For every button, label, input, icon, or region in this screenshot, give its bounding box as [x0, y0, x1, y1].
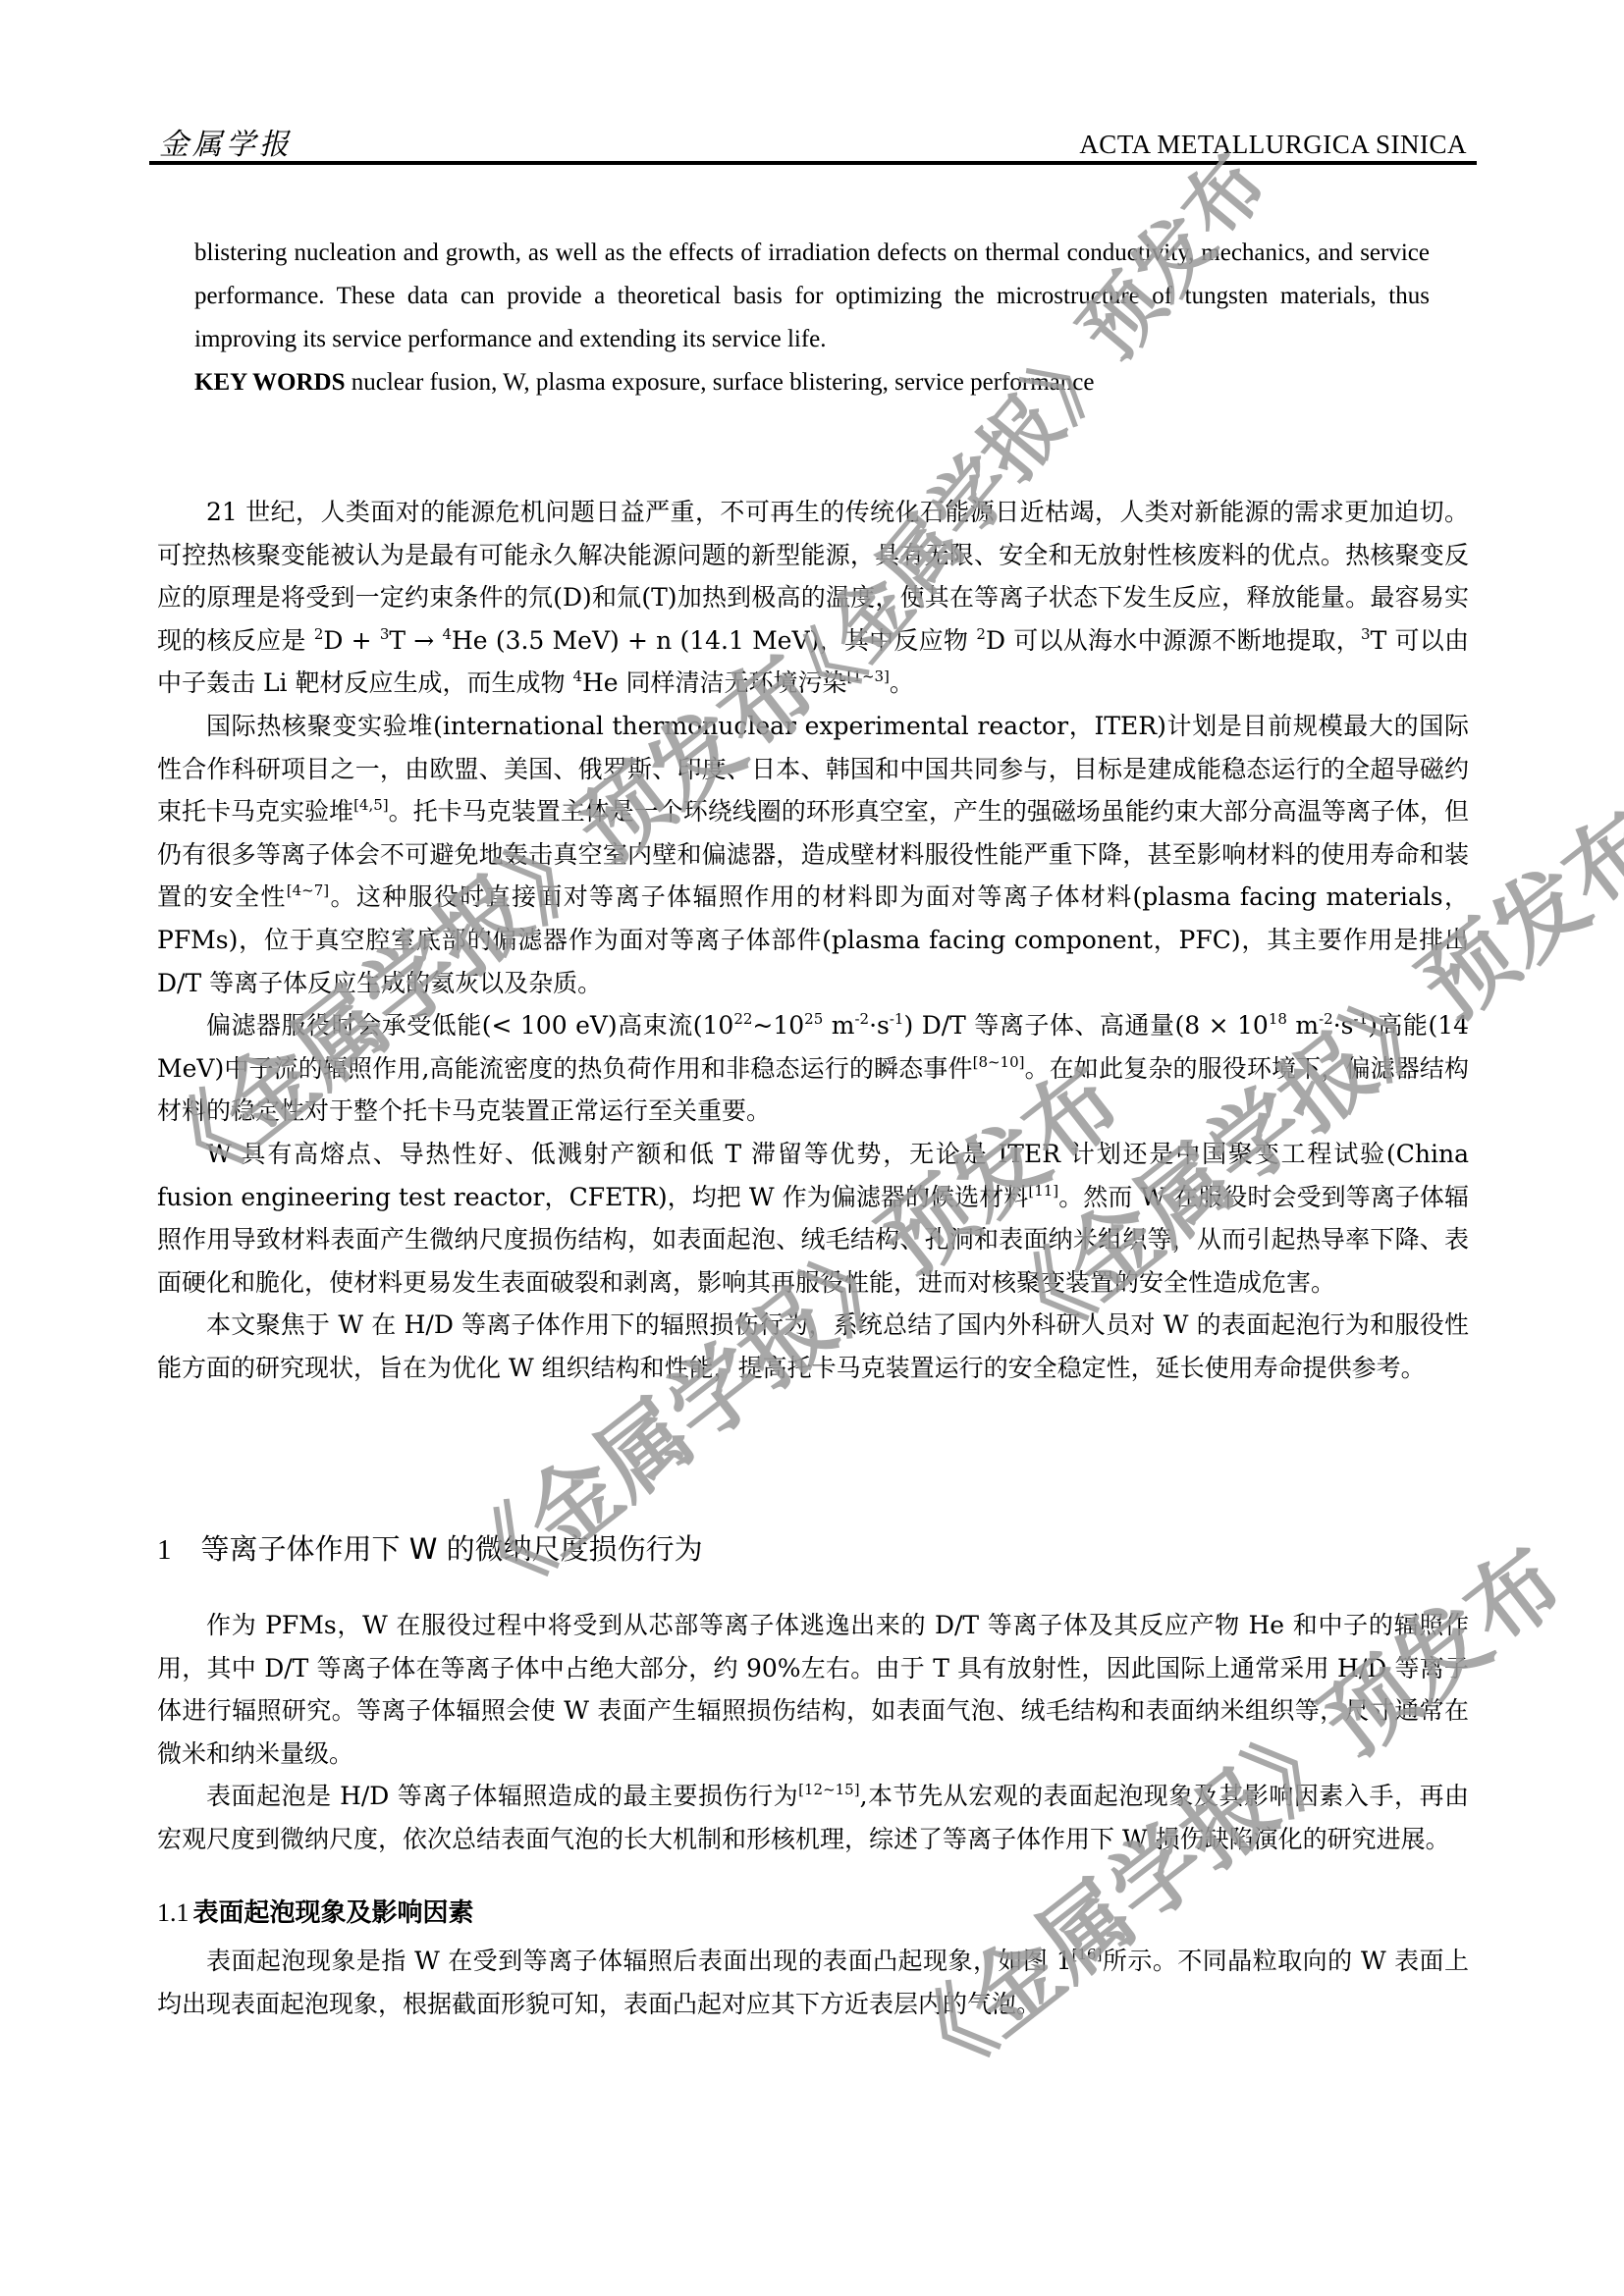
journal-title-en: ACTA METALLURGICA SINICA	[1079, 130, 1467, 160]
section-heading-1: 1等离子体作用下 W 的微纳尺度损伤行为	[157, 1527, 703, 1568]
abstract-text: blistering nucleation and growth, as wel…	[194, 232, 1430, 361]
section-1-1-body: 表面起泡现象是指 W 在受到等离子体辐照后表面出现的表面凸起现象，如图 1[16…	[157, 1940, 1469, 2025]
keywords-list: nuclear fusion, W, plasma exposure, surf…	[346, 369, 1095, 396]
introduction: 21 世纪，人类面对的能源危机问题日益严重，不可再生的传统化石能源日近枯竭，人类…	[157, 491, 1469, 1389]
citation: [4,5]	[353, 796, 389, 814]
keywords: KEY WORDS nuclear fusion, W, plasma expo…	[194, 361, 1430, 404]
section-heading-1-1: 1.1表面起泡现象及影响因素	[157, 1893, 474, 1929]
intro-paragraph-4: W 具有高熔点、导热性好、低溅射产额和低 T 滞留等优势，无论是 ITER 计划…	[157, 1133, 1469, 1304]
section-number: 1	[157, 1534, 172, 1566]
citation: [8~10]	[973, 1053, 1025, 1071]
header-divider	[149, 161, 1477, 165]
intro-paragraph-2: 国际热核聚变实验堆(international thermonuclear ex…	[157, 705, 1469, 1004]
citation: [4~7]	[287, 881, 329, 899]
section-1-1-paragraph-1: 表面起泡现象是指 W 在受到等离子体辐照后表面出现的表面凸起现象，如图 1[16…	[157, 1940, 1469, 2025]
citation: [12~15]	[798, 1781, 859, 1798]
citation: [1~3]	[847, 667, 890, 685]
journal-logo-cn: 金属学报	[159, 120, 293, 163]
keywords-label: KEY WORDS	[194, 369, 346, 396]
section-1-paragraph-2: 表面起泡是 H/D 等离子体辐照造成的最主要损伤行为[12~15],本节先从宏观…	[157, 1775, 1469, 1860]
section-1-body: 作为 PFMs，W 在服役过程中将受到从芯部等离子体逃逸出来的 D/T 等离子体…	[157, 1604, 1469, 1861]
running-header: 金属学报 ACTA METALLURGICA SINICA	[149, 116, 1477, 167]
section-1-paragraph-1: 作为 PFMs，W 在服役过程中将受到从芯部等离子体逃逸出来的 D/T 等离子体…	[157, 1604, 1469, 1775]
intro-paragraph-1: 21 世纪，人类面对的能源危机问题日益严重，不可再生的传统化石能源日近枯竭，人类…	[157, 491, 1469, 705]
subsection-title: 表面起泡现象及影响因素	[193, 1898, 474, 1928]
abstract: blistering nucleation and growth, as wel…	[194, 232, 1430, 404]
citation: [16]	[1072, 1946, 1103, 1963]
section-title: 等离子体作用下 W 的微纳尺度损伤行为	[201, 1532, 703, 1566]
citation: [11]	[1028, 1182, 1058, 1200]
intro-paragraph-5: 本文聚焦于 W 在 H/D 等离子体作用下的辐照损伤行为，系统总结了国内外科研人…	[157, 1304, 1469, 1389]
subsection-number: 1.1	[157, 1898, 189, 1927]
intro-paragraph-3: 偏滤器服役时会承受低能(< 100 eV)高束流(1022~1025 m-2·s…	[157, 1004, 1469, 1133]
